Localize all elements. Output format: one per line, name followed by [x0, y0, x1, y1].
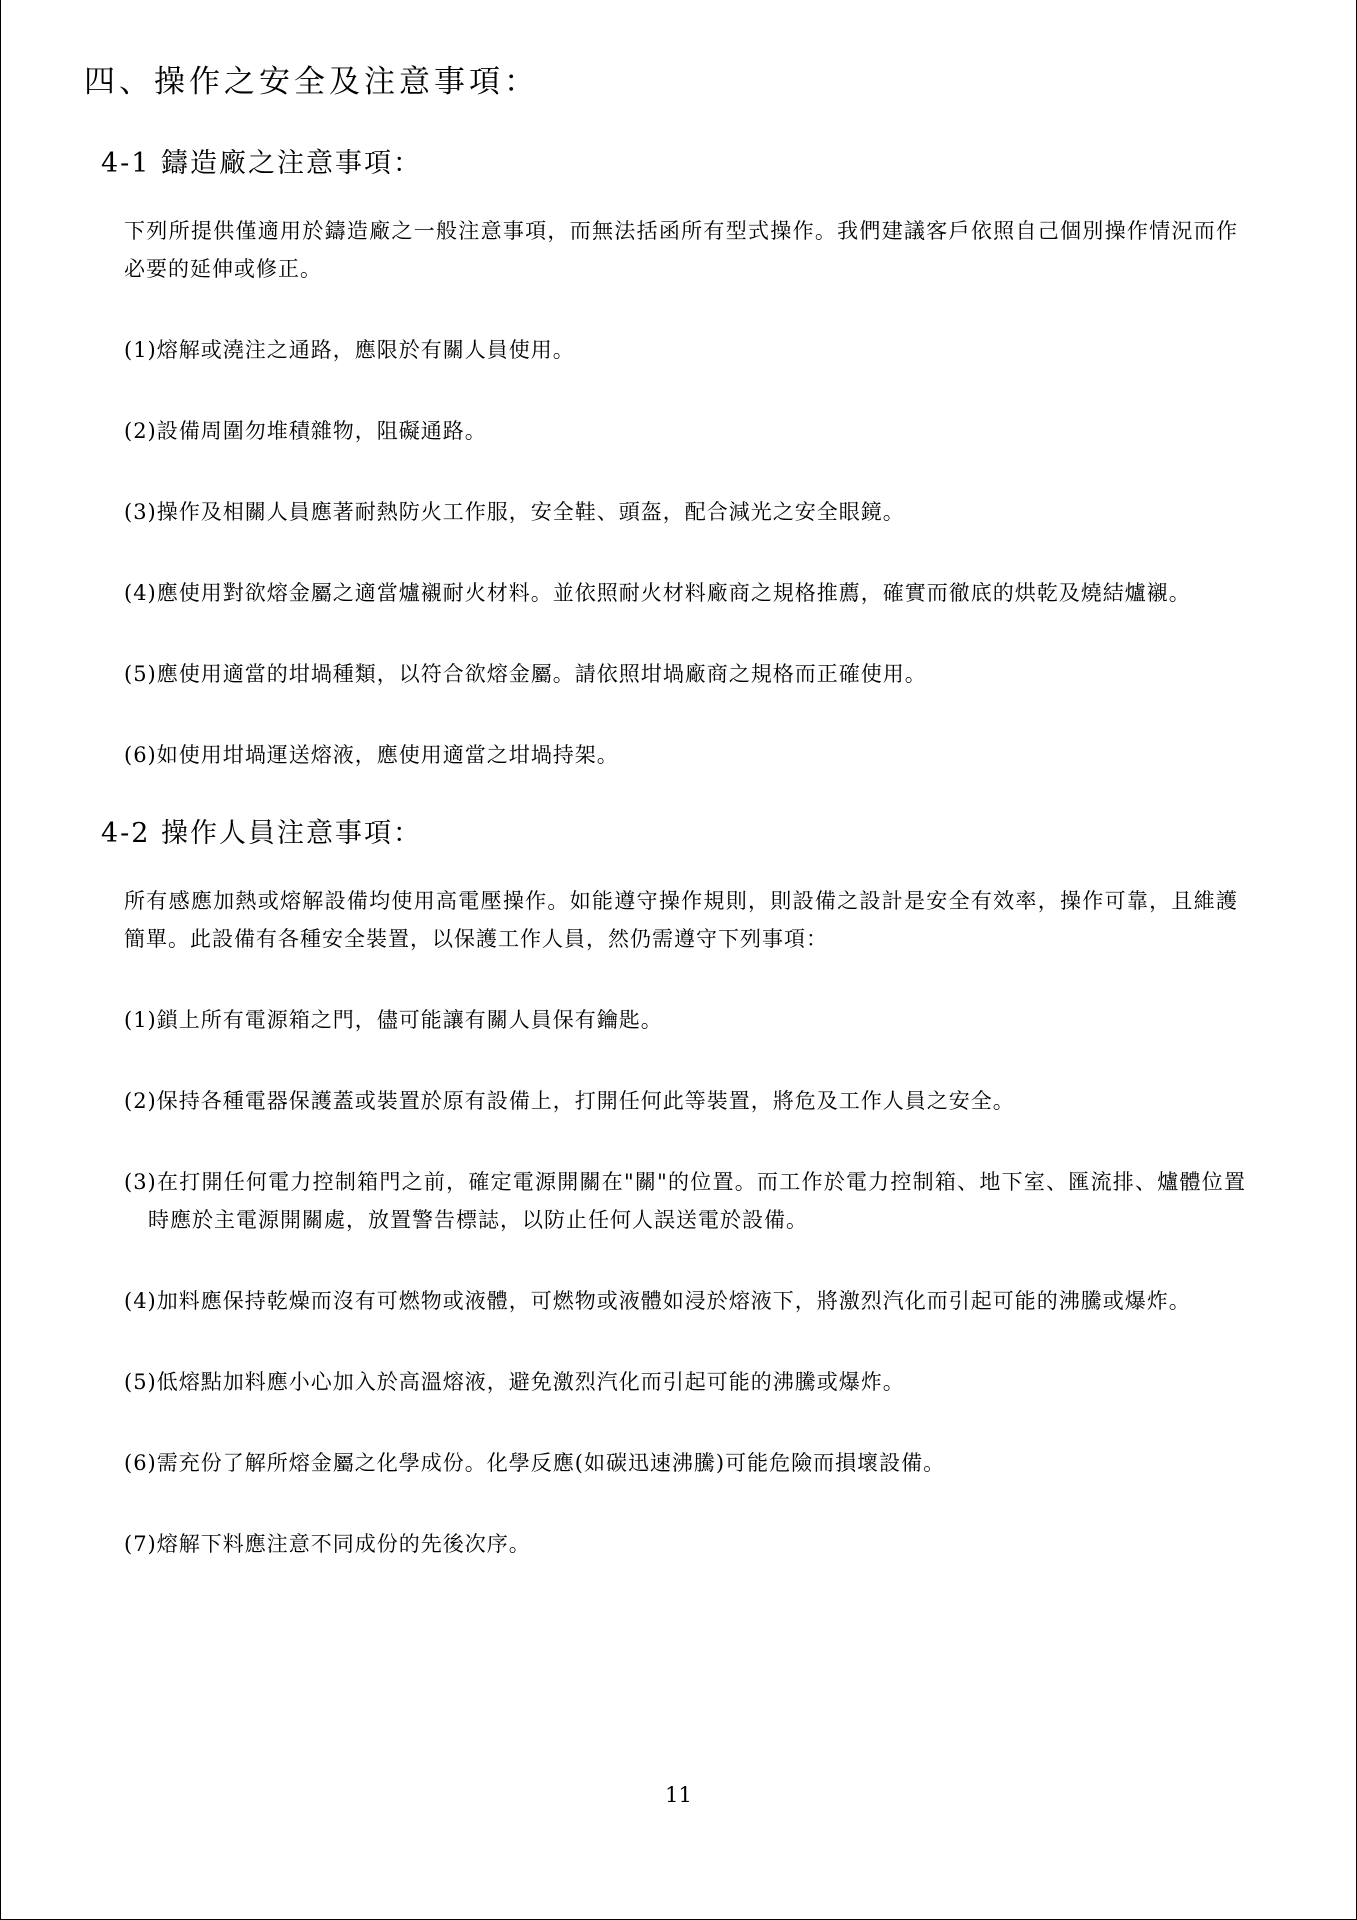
document-page: 四、操作之安全及注意事項： 4-1 鑄造廠之注意事項： 下列所提供僅適用於鑄造廠… [0, 0, 1357, 1920]
list-item: (5)應使用適當的坩堝種類，以符合欲熔金屬。請依照坩堝廠商之規格而正確使用。 [124, 655, 1246, 693]
list-item: (2)保持各種電器保護蓋或裝置於原有設備上，打開任何此等裝置，將危及工作人員之安… [124, 1082, 1246, 1120]
page-number: 11 [1, 1783, 1356, 1807]
list-item: (1)熔解或澆注之通路，應限於有關人員使用。 [124, 331, 1246, 369]
list-item: (4)加料應保持乾燥而沒有可燃物或液體，可燃物或液體如浸於熔液下，將激烈汽化而引… [124, 1282, 1246, 1320]
section-operator-precautions: 4-2 操作人員注意事項： 所有感應加熱或熔解設備均使用高電壓操作。如能遵守操作… [1, 814, 1356, 1563]
section-4-2-intro: 所有感應加熱或熔解設備均使用高電壓操作。如能遵守操作規則，則設備之設計是安全有效… [124, 882, 1238, 958]
list-item: (4)應使用對欲熔金屬之適當爐襯耐火材料。並依照耐火材料廠商之規格推薦，確實而徹… [124, 574, 1246, 612]
list-item: (6)需充份了解所熔金屬之化學成份。化學反應(如碳迅速沸騰)可能危險而損壞設備。 [124, 1444, 1246, 1482]
list-item: (1)鎖上所有電源箱之門，儘可能讓有關人員保有鑰匙。 [124, 1001, 1246, 1039]
page-title: 四、操作之安全及注意事項： [84, 60, 1356, 104]
section-4-2-heading: 4-2 操作人員注意事項： [101, 814, 1356, 854]
list-item: (2)設備周圍勿堆積雜物，阻礙通路。 [124, 412, 1246, 450]
list-item: (3)操作及相關人員應著耐熱防火工作服，安全鞋、頭盔，配合減光之安全眼鏡。 [124, 493, 1246, 531]
section-foundry-precautions: 4-1 鑄造廠之注意事項： 下列所提供僅適用於鑄造廠之一般注意事項，而無法括函所… [1, 144, 1356, 774]
section-4-1-heading: 4-1 鑄造廠之注意事項： [101, 144, 1356, 184]
list-item: (7)熔解下料應注意不同成份的先後次序。 [124, 1525, 1246, 1563]
section-4-1-intro: 下列所提供僅適用於鑄造廠之一般注意事項，而無法括函所有型式操作。我們建議客戶依照… [124, 212, 1238, 288]
list-item: (5)低熔點加料應小心加入於高溫熔液，避免激烈汽化而引起可能的沸騰或爆炸。 [124, 1363, 1246, 1401]
list-item: (3)在打開任何電力控制箱門之前，確定電源開關在"關"的位置。而工作於電力控制箱… [124, 1163, 1246, 1239]
list-item: (6)如使用坩堝運送熔液，應使用適當之坩堝持架。 [124, 736, 1246, 774]
